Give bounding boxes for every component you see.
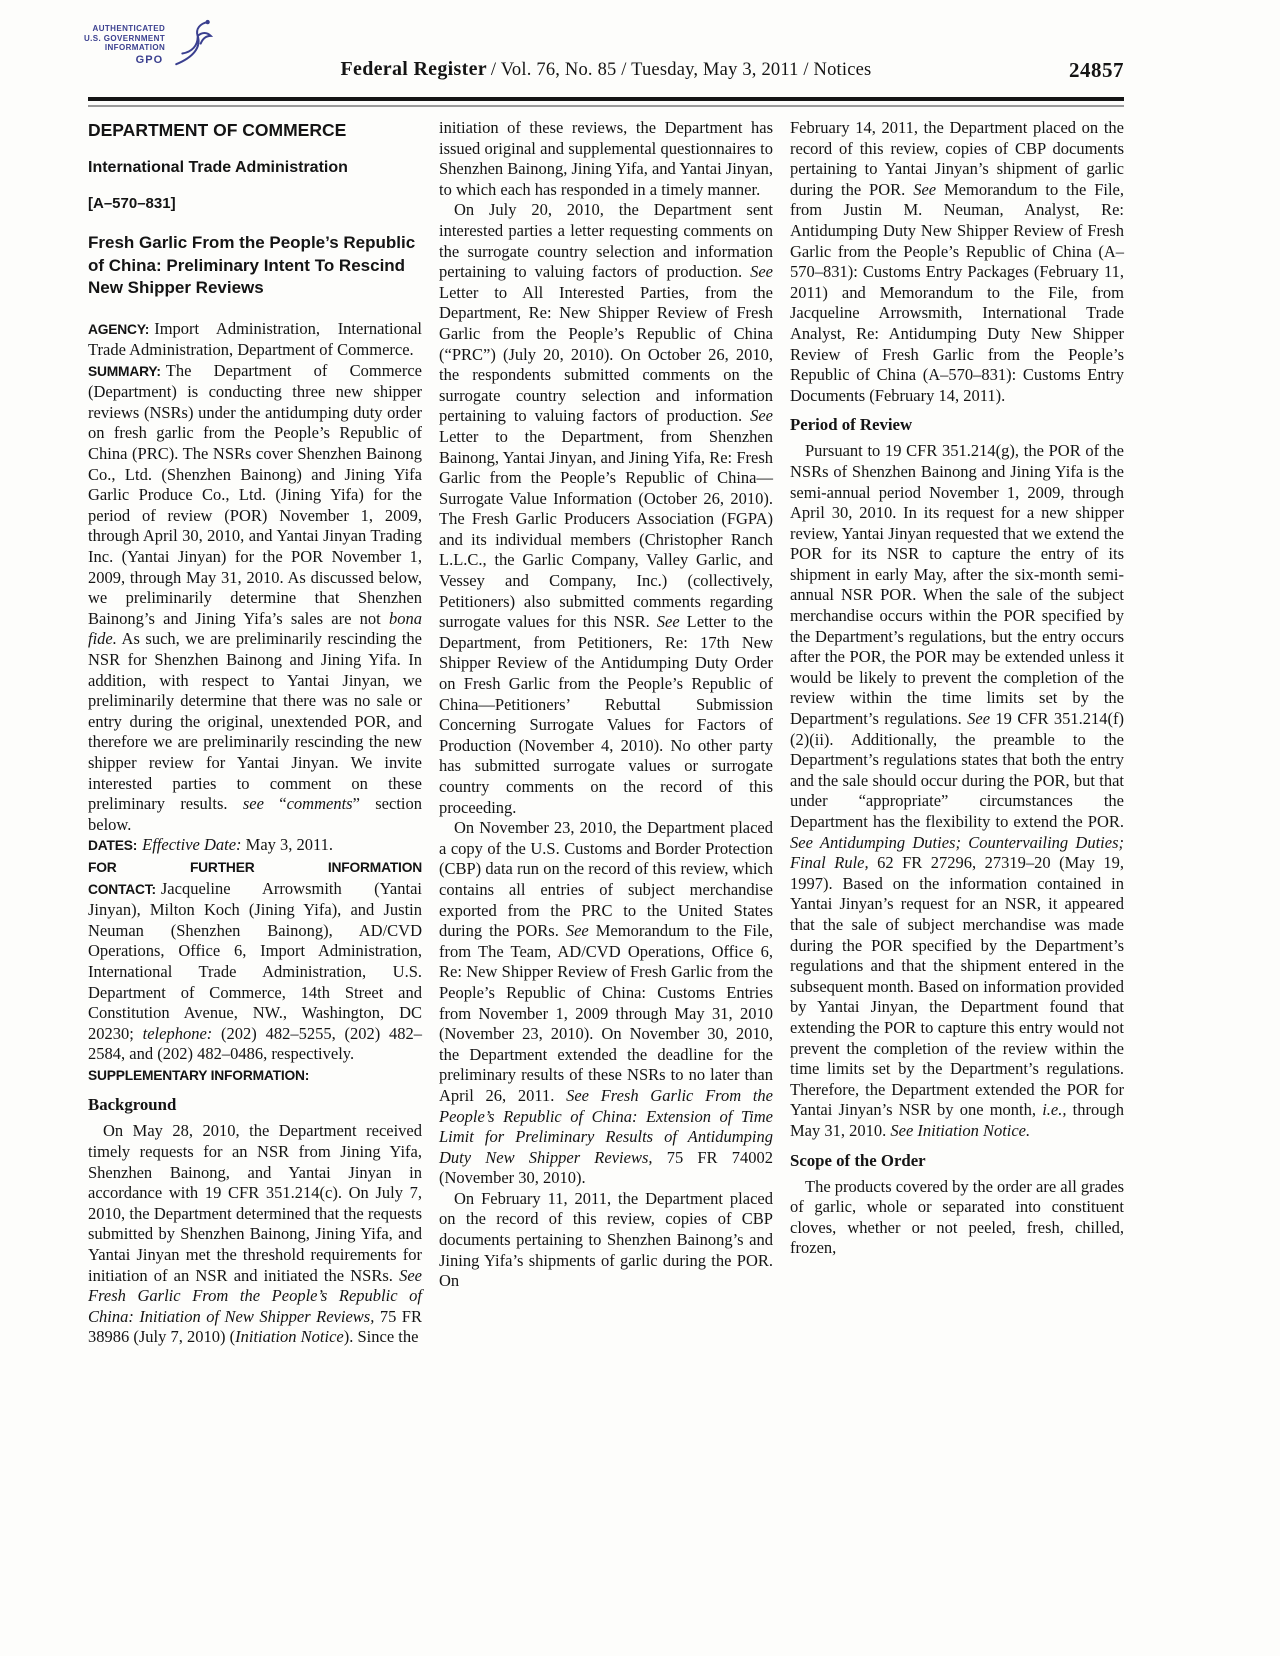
- dates-label: DATES:: [88, 838, 137, 853]
- gpo-logo-line1: AUTHENTICATED: [84, 24, 165, 34]
- period-of-review-paragraph: Pursuant to 19 CFR 351.214(g), the POR o…: [790, 441, 1124, 1141]
- page-header: Federal Register / Vol. 76, No. 85 / Tue…: [88, 58, 1124, 81]
- period-of-review-heading: Period of Review: [790, 415, 1124, 435]
- column-2: initiation of these reviews, the Departm…: [439, 118, 773, 1348]
- journal-meta: / Vol. 76, No. 85 / Tuesday, May 3, 2011…: [491, 60, 872, 80]
- page-number: 24857: [1069, 58, 1124, 83]
- background-heading: Background: [88, 1095, 422, 1115]
- sub-agency-heading: International Trade Administration: [88, 158, 422, 178]
- summary-label: SUMMARY:: [88, 364, 161, 379]
- three-column-body: DEPARTMENT OF COMMERCE International Tra…: [88, 118, 1124, 1348]
- scope-of-the-order-heading: Scope of the Order: [790, 1151, 1124, 1171]
- column-1: DEPARTMENT OF COMMERCE International Tra…: [88, 118, 422, 1348]
- gpo-logo-line2: U.S. GOVERNMENT: [84, 34, 165, 44]
- column2-paragraph-4: On February 11, 2011, the Department pla…: [439, 1189, 773, 1292]
- dates-paragraph: DATES:Effective Date: May 3, 2011.: [88, 835, 422, 857]
- header-rule-thick: [88, 97, 1124, 101]
- column2-paragraph-3: On November 23, 2010, the Department pla…: [439, 818, 773, 1189]
- contact-text: Jacqueline Arrowsmith (Yantai Jinyan), M…: [88, 879, 422, 1064]
- journal-title: Federal Register: [341, 58, 487, 80]
- column2-paragraph-2: On July 20, 2010, the Department sent in…: [439, 200, 773, 818]
- background-paragraph: On May 28, 2010, the Department received…: [88, 1121, 422, 1348]
- supplementary-info-label-paragraph: SUPPLEMENTARY INFORMATION:: [88, 1065, 422, 1087]
- agency-label: AGENCY:: [88, 322, 149, 337]
- header-rule-thin: [88, 105, 1124, 107]
- column-3: February 14, 2011, the Department placed…: [790, 118, 1124, 1348]
- docket-number: [A–570–831]: [88, 195, 422, 213]
- scope-paragraph: The products covered by the order are al…: [790, 1177, 1124, 1259]
- contact-paragraph: FOR FURTHER INFORMATION CONTACT:Jacqueli…: [88, 857, 422, 1065]
- notice-title: Fresh Garlic From the People’s Republic …: [88, 232, 422, 300]
- department-heading: DEPARTMENT OF COMMERCE: [88, 120, 422, 141]
- gpo-logo-line3: INFORMATION: [84, 43, 165, 53]
- column2-paragraph-1: initiation of these reviews, the Departm…: [439, 118, 773, 200]
- dates-text: Effective Date: May 3, 2011.: [142, 835, 333, 854]
- federal-register-page: AUTHENTICATED U.S. GOVERNMENT INFORMATIO…: [0, 0, 1280, 1656]
- summary-text: The Department of Commerce (Department) …: [88, 361, 422, 834]
- column3-paragraph-1: February 14, 2011, the Department placed…: [790, 118, 1124, 406]
- supplementary-info-label: SUPPLEMENTARY INFORMATION:: [88, 1068, 309, 1083]
- summary-paragraph: SUMMARY:The Department of Commerce (Depa…: [88, 361, 422, 836]
- agency-paragraph: AGENCY:Import Administration, Internatio…: [88, 319, 422, 361]
